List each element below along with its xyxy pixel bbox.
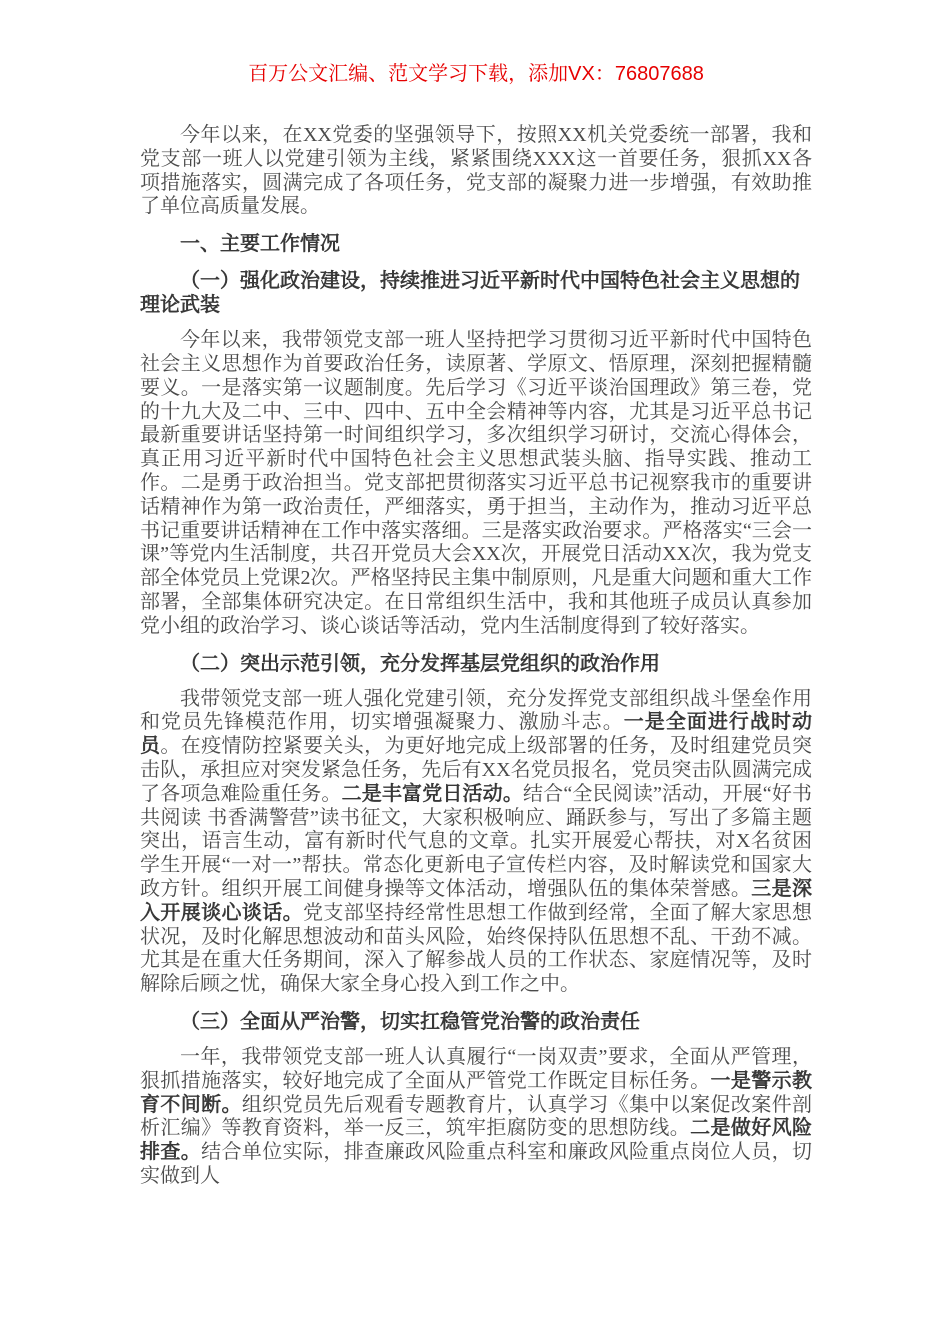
paragraph: 今年以来，在XX党委的坚强领导下，按照XX机关党委统一部署，我和党支部一班人以党… [140, 124, 812, 219]
document-page: 百万公文汇编、范文学习下载，添加VX：76807688 今年以来，在XX党委的坚… [0, 0, 950, 1344]
document-body: 今年以来，在XX党委的坚强领导下，按照XX机关党委统一部署，我和党支部一班人以党… [140, 124, 812, 1189]
bold-run: 二是丰富党日活动。 [342, 783, 523, 805]
promo-header: 百万公文汇编、范文学习下载，添加VX：76807688 [140, 62, 812, 86]
text-run: 今年以来，我带领党支部一班人坚持把学习贯彻习近平新时代中国特色社会主义思想作为首… [140, 329, 812, 637]
paragraph: 一年，我带领党支部一班人认真履行“一岗双责”要求，全面从严管理，狠抓措施落实，较… [140, 1046, 812, 1189]
paragraph: 今年以来，我带领党支部一班人坚持把学习贯彻习近平新时代中国特色社会主义思想作为首… [140, 329, 812, 638]
section-heading-level1: 一、主要工作情况 [140, 232, 812, 256]
paragraph: 我带领党支部一班人强化党建引领，充分发挥党支部组织战斗堡垒作用和党员先锋模范作用… [140, 688, 812, 997]
section-heading-level2: （三）全面从严治警，切实扛稳管党治警的政治责任 [140, 1010, 812, 1034]
section-heading-level2: （一）强化政治建设，持续推进习近平新时代中国特色社会主义思想的理论武装 [140, 269, 812, 317]
text-run: 结合单位实际，排查廉政风险重点科室和廉政风险重点岗位人员，切实做到人 [140, 1141, 812, 1187]
section-heading-level2: （二）突出示范引领，充分发挥基层党组织的政治作用 [140, 652, 812, 676]
text-run: 今年以来，在XX党委的坚强领导下，按照XX机关党委统一部署，我和党支部一班人以党… [140, 124, 812, 217]
